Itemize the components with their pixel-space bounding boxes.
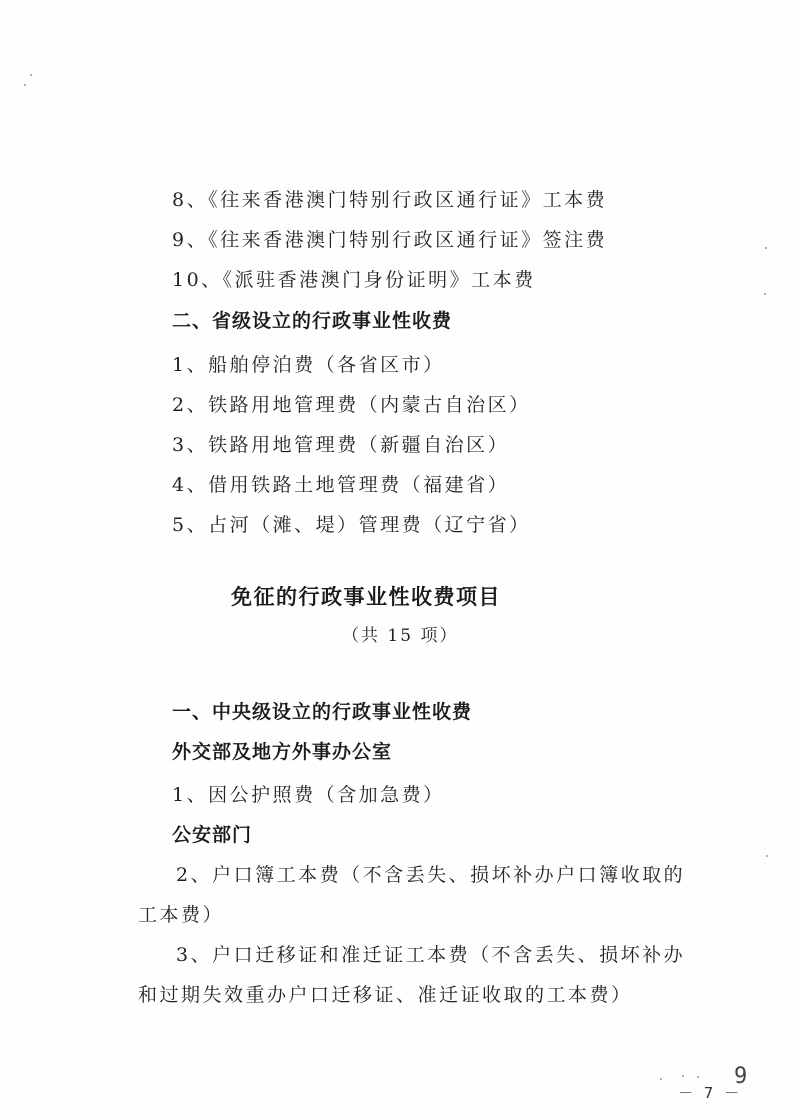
scanned-document-page: 8、《往来香港澳门特别行政区通行证》工本费 9、《往来香港澳门特别行政区通行证》…: [0, 0, 794, 1120]
provincial-item-4: 4、借用铁路土地管理费（福建省）: [172, 473, 509, 497]
list-item-8: 8、《往来香港澳门特别行政区通行证》工本费: [172, 188, 607, 212]
scan-speck: [30, 74, 32, 76]
scan-speck: [766, 855, 768, 857]
scan-speck: [660, 1078, 662, 1080]
page-number: － 7 －: [678, 1082, 742, 1103]
provincial-item-2: 2、铁路用地管理费（内蒙古自治区）: [172, 393, 531, 417]
central-item-3-line-1: 3、户口迁移证和准迁证工本费（不含丢失、损坏补办: [176, 943, 685, 967]
scan-speck: [24, 84, 26, 86]
scan-speck: [764, 293, 766, 295]
central-item-3-line-2: 和过期失效重办户口迁移证、准迁证收取的工本费）: [138, 983, 633, 1007]
central-item-1: 1、因公护照费（含加急费）: [172, 783, 445, 807]
provincial-item-3: 3、铁路用地管理费（新疆自治区）: [172, 433, 509, 457]
handwritten-page-mark: 9: [734, 1064, 747, 1089]
exempt-section-count: （共 15 项）: [342, 624, 458, 648]
central-item-2-line-2: 工本费）: [138, 903, 224, 927]
section-heading-central: 一、中央级设立的行政事业性收费: [172, 700, 472, 724]
department-foreign-affairs: 外交部及地方外事办公室: [172, 740, 392, 764]
list-item-9: 9、《往来香港澳门特别行政区通行证》签注费: [172, 228, 607, 252]
central-item-2-line-1: 2、户口簿工本费（不含丢失、损坏补办户口簿收取的: [176, 863, 685, 887]
provincial-item-1: 1、船舶停泊费（各省区市）: [172, 353, 445, 377]
scan-speck: [765, 247, 767, 249]
section-heading-provincial: 二、省级设立的行政事业性收费: [172, 309, 452, 333]
exempt-section-title: 免征的行政事业性收费项目: [231, 585, 501, 609]
department-public-security: 公安部门: [172, 823, 252, 847]
provincial-item-5: 5、占河（滩、堤）管理费（辽宁省）: [172, 513, 531, 537]
scan-speck: [697, 1076, 699, 1078]
list-item-10: 10、《派驻香港澳门身份证明》工本费: [172, 268, 536, 292]
scan-speck: [682, 1075, 684, 1077]
